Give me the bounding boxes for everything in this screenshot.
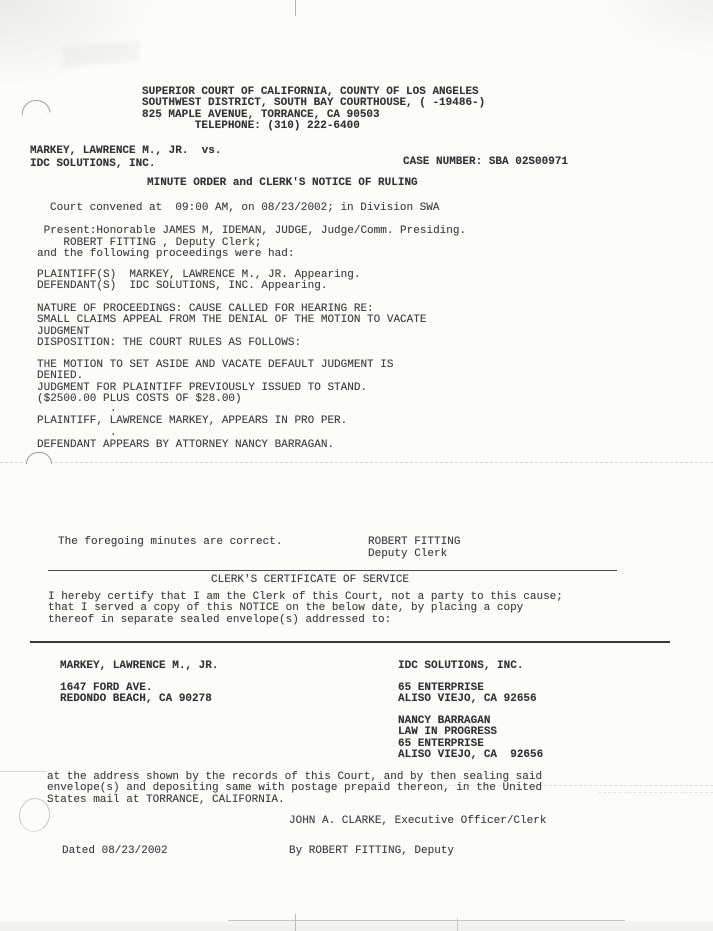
case-number: CASE NUMBER: SBA 02S00971: [403, 157, 568, 168]
court-convened-line: Court convened at 09:00 AM, on 08/23/200…: [50, 203, 439, 214]
scan-registration-mark-bottom: [295, 914, 296, 931]
scan-registration-mark-top: [295, 0, 296, 16]
dated-line: Dated 08/23/2002: [62, 846, 168, 857]
court-address-block: SUPERIOR COURT OF CALIFORNIA, COUNTY OF …: [142, 87, 485, 132]
page-fold-line: [0, 462, 713, 463]
defendant-address-name: IDC SOLUTIONS, INC.: [398, 661, 523, 672]
plaintiff-appearance-line: PLAINTIFF, LAWRENCE MARKEY, APPEARS IN P…: [37, 416, 347, 427]
executive-officer-line: JOHN A. CLARKE, Executive Officer/Clerk: [289, 816, 546, 827]
defendant-appearance-line: DEFENDANT APPEARS BY ATTORNEY NANCY BARR…: [37, 440, 334, 451]
by-deputy-line: By ROBERT FITTING, Deputy: [289, 846, 454, 857]
clerk-signature-name: ROBERT FITTING: [368, 537, 460, 548]
plaintiff-address-name: MARKEY, LAWRENCE M., JR.: [60, 661, 218, 672]
clerk-signature-title: Deputy Clerk: [368, 549, 447, 560]
scan-registration-mark-bottom: [457, 918, 458, 931]
plaintiff-address: 1647 FORD AVE. REDONDO BEACH, CA 90278: [60, 683, 212, 706]
scan-artifact-line: [598, 792, 713, 793]
present-block: Present:Honorable JAMES M, IDEMAN, JUDGE…: [37, 226, 466, 261]
scan-shadow-top-right: [593, 0, 713, 60]
scan-edge-shadow: [0, 921, 713, 931]
nature-of-proceedings-block: NATURE OF PROCEEDINGS: CAUSE CALLED FOR …: [37, 304, 426, 349]
appearances-block: PLAINTIFF(S) MARKEY, LAWRENCE M., JR. Ap…: [37, 270, 360, 293]
separator-rule-bottom: [30, 641, 670, 643]
punch-hole-mark-top: [20, 99, 50, 116]
scanned-court-document: SUPERIOR COURT OF CALIFORNIA, COUNTY OF …: [0, 0, 713, 931]
certificate-heading: CLERK'S CERTIFICATE OF SERVICE: [211, 575, 409, 586]
case-parties: MARKEY, LAWRENCE M., JR. vs. IDC SOLUTIO…: [30, 145, 221, 170]
document-title: MINUTE ORDER and CLERK'S NOTICE OF RULIN…: [147, 178, 418, 189]
attorney-address: NANCY BARRAGAN LAW IN PROGRESS 65 ENTERP…: [398, 716, 543, 761]
mailing-paragraph: at the address shown by the records of t…: [47, 772, 542, 806]
ruling-block: THE MOTION TO SET ASIDE AND VACATE DEFAU…: [37, 360, 393, 405]
scan-page-edge: [228, 920, 625, 921]
certificate-body: I hereby certify that I am the Clerk of …: [48, 592, 563, 626]
separator-rule-top: [48, 570, 617, 571]
stray-dot: .: [110, 404, 117, 415]
punch-hole-mark-middle: [26, 452, 52, 464]
defendant-address: 65 ENTERPRISE ALISO VIEJO, CA 92656: [398, 683, 537, 706]
stray-dot: .: [110, 428, 117, 439]
minutes-correct-line: The foregoing minutes are correct.: [58, 537, 282, 548]
pencil-smudge: [61, 41, 140, 66]
scan-artifact-line: [0, 771, 46, 772]
